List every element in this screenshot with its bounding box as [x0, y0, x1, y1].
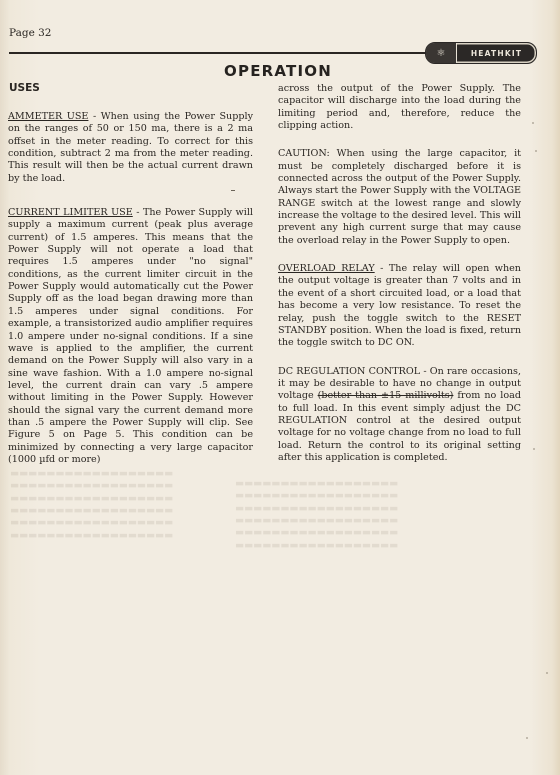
- right-column: across the output of the Power Supply. T…: [278, 83, 521, 480]
- left-column: AMMETER USE - When using the Power Suppl…: [8, 111, 253, 482]
- logo-text: HEATHKIT: [457, 49, 536, 58]
- page-number: Page 32: [9, 27, 52, 39]
- paper-speck: [532, 122, 534, 124]
- section-heading: USES: [9, 82, 40, 94]
- stray-mark: [231, 190, 235, 191]
- header-rule: [9, 52, 439, 54]
- paper-speck: [533, 448, 535, 450]
- paper-speck: [535, 150, 537, 152]
- paragraph-capacitor-continued: across the output of the Power Supply. T…: [278, 83, 521, 132]
- heathkit-logo: ⚛ HEATHKIT: [425, 42, 537, 64]
- document-page: Page 32 ⚛ HEATHKIT OPERATION USES ▬▬▬▬▬▬…: [0, 0, 560, 775]
- paragraph-caution: CAUTION: When using the large capacitor,…: [278, 148, 521, 247]
- paragraph-current-limiter-use: CURRENT LIMITER USE - The Power Supply w…: [8, 207, 253, 466]
- paragraph-dc-regulation-control: DC REGULATION CONTROL - On rare occasion…: [278, 366, 521, 465]
- paragraph-heading: CURRENT LIMITER USE: [8, 207, 133, 218]
- page-title: OPERATION: [0, 62, 560, 80]
- struck-text: (better than ±15 millivolts): [318, 390, 454, 401]
- paper-speck: [526, 737, 528, 739]
- paragraph-heading: OVERLOAD RELAY: [278, 263, 375, 274]
- bleed-through: ▬▬▬▬▬▬▬▬▬▬▬▬▬▬▬▬▬▬▬▬▬▬▬▬▬▬▬▬▬▬▬▬▬▬▬▬▬▬▬▬…: [235, 478, 455, 552]
- atom-emblem-icon: ⚛: [426, 43, 457, 63]
- paragraph-ammeter-use: AMMETER USE - When using the Power Suppl…: [8, 111, 253, 185]
- paragraph-heading: AMMETER USE: [8, 111, 88, 122]
- paper-speck: [546, 672, 548, 674]
- paragraph-overload-relay: OVERLOAD RELAY - The relay will open whe…: [278, 263, 521, 349]
